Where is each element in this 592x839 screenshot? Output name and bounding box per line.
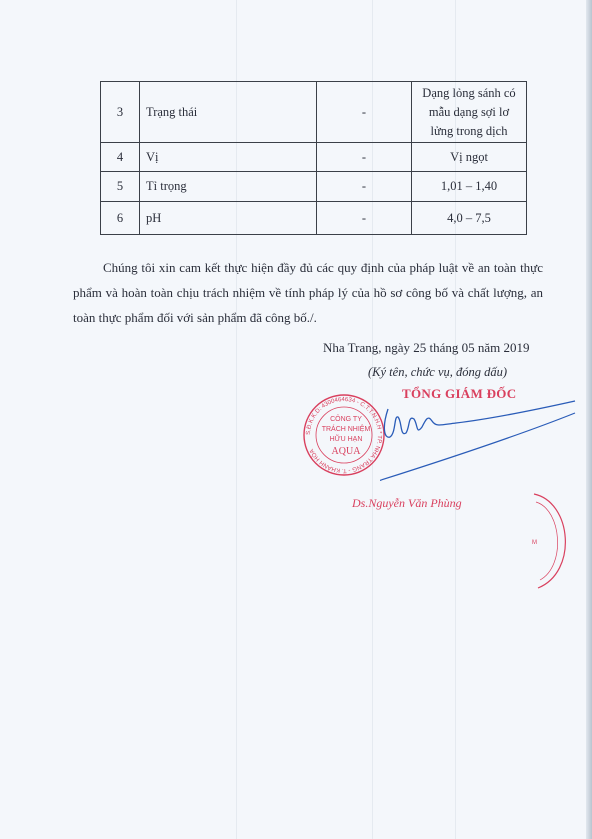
company-stamp-icon: S.Đ.K.K.D: 4300464634 - C.T.T.N.H.H * TP… — [302, 383, 386, 487]
commitment-text: Chúng tôi xin cam kết thực hiện đầy đủ c… — [73, 260, 543, 325]
svg-text:S.Đ.K.K.D: 4300464634 - C.T.T.: S.Đ.K.K.D: 4300464634 - C.T.T.N.H.H * TP… — [306, 397, 382, 473]
criterion-value: 1,01 – 1,40 — [412, 172, 527, 202]
unit: - — [317, 143, 412, 172]
commitment-paragraph: Chúng tôi xin cam kết thực hiện đầy đủ c… — [73, 255, 543, 330]
signature-note: (Ký tên, chức vụ, đóng dấu) — [368, 365, 507, 380]
svg-text:M: M — [532, 540, 537, 546]
table-row: 4 Vị - Vị ngọt — [101, 143, 527, 172]
row-number: 6 — [101, 202, 140, 235]
stamp-line: HỮU HẠN — [330, 434, 363, 443]
unit: - — [317, 172, 412, 202]
specification-table: 3 Trạng thái - Dạng lỏng sánh có mẫu dạn… — [100, 81, 527, 235]
unit: - — [317, 202, 412, 235]
criterion-name: pH — [140, 202, 317, 235]
table-row: 6 pH - 4,0 – 7,5 — [101, 202, 527, 235]
criterion-value: Vị ngọt — [412, 143, 527, 172]
table-row: 5 Tỉ trọng - 1,01 – 1,40 — [101, 172, 527, 202]
stamp-ring-text: S.Đ.K.K.D: 4300464634 - C.T.T.N.H.H * TP… — [306, 397, 382, 473]
row-number: 3 — [101, 82, 140, 143]
criterion-value: Dạng lỏng sánh có mẫu dạng sợi lơ lửng t… — [412, 82, 527, 143]
row-number: 5 — [101, 172, 140, 202]
criterion-value: 4,0 – 7,5 — [412, 202, 527, 235]
signature-icon — [380, 397, 580, 487]
criterion-name: Vị — [140, 143, 317, 172]
unit: - — [317, 82, 412, 143]
stamp-line: AQUA — [332, 446, 362, 457]
table-row: 3 Trạng thái - Dạng lỏng sánh có mẫu dạn… — [101, 82, 527, 143]
criterion-name: Trạng thái — [140, 82, 317, 143]
signer-name: Ds.Nguyễn Văn Phùng — [352, 496, 462, 511]
place-date: Nha Trang, ngày 25 tháng 05 năm 2019 — [323, 340, 530, 356]
partial-stamp-icon: M — [532, 492, 592, 592]
criterion-name: Tỉ trọng — [140, 172, 317, 202]
scan-edge — [586, 0, 592, 839]
stamp-line: TRÁCH NHIỆM — [322, 424, 371, 433]
row-number: 4 — [101, 143, 140, 172]
stamp-line: CÔNG TY — [330, 414, 362, 423]
